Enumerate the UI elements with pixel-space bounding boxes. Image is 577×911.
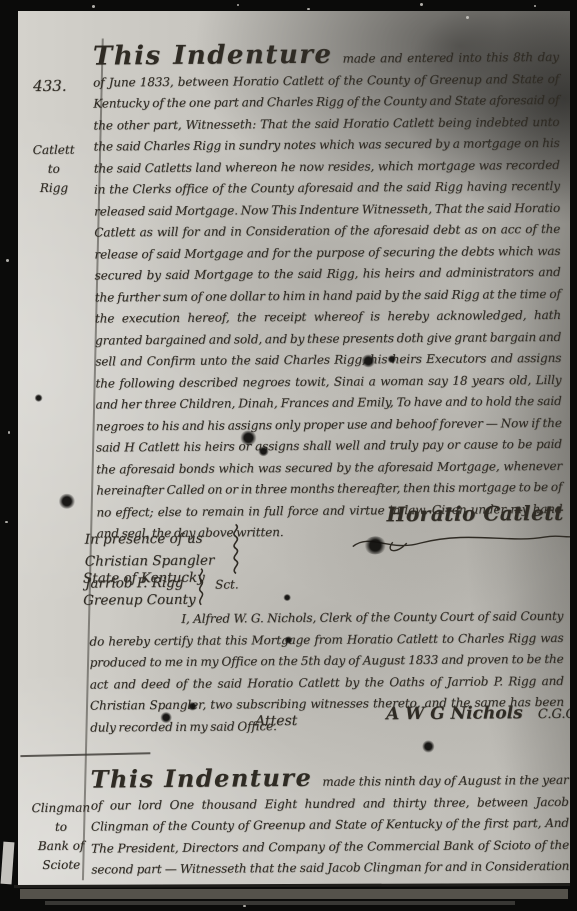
margin-note-clingman-to-bank: Clingman to Bank of Sciote — [21, 799, 102, 876]
book-edge-band — [20, 889, 568, 899]
clerk-title: C.G.C.C. — [538, 707, 570, 722]
margin-note-line: Rigg — [18, 179, 90, 199]
dust-speck — [534, 5, 536, 7]
jurat-abbrev: Sct. — [215, 577, 239, 591]
page-content: 433. Catlett to Rigg This Indenturemade … — [18, 11, 570, 886]
dust-speck — [307, 8, 310, 10]
indenture-2-paragraph: This Indenturemade this ninth day of Aug… — [91, 765, 570, 886]
indenture-1-heading: This Indenture — [93, 40, 333, 72]
signature-line: Horatio CatlettSeal — [386, 501, 570, 527]
witness-brace-squiggle-icon — [229, 523, 243, 577]
indenture-1-body-text: made and entered into this 8th day of Ju… — [93, 50, 562, 541]
margin-note-catlett-to-rigg: Catlett to Rigg — [18, 141, 90, 199]
ink-stain — [240, 430, 257, 445]
attest-label: Attest — [255, 713, 297, 729]
dust-speck — [8, 431, 10, 434]
margin-note-line: to — [21, 818, 101, 838]
dust-speck — [237, 4, 239, 6]
clerk-signature: A W G Nichols — [386, 703, 523, 724]
jurat-brace-squiggle-icon — [195, 568, 207, 608]
page-bottom-edge — [14, 883, 570, 888]
grantor-signature: Horatio Catlett — [386, 501, 563, 526]
page-corner-sliver — [1, 842, 15, 885]
jurat-state: State of Kentucky — [83, 567, 205, 590]
dust-speck — [466, 16, 469, 19]
book-edge-streak — [45, 901, 515, 905]
ink-stain — [422, 740, 434, 753]
ink-stain — [35, 394, 43, 402]
dust-speck — [6, 259, 9, 262]
witness-intro: In presence of us — [85, 528, 215, 551]
dust-speck — [5, 521, 8, 523]
deed-book-photograph: 433. Catlett to Rigg This Indenturemade … — [0, 0, 577, 911]
ink-stain — [387, 355, 396, 363]
dust-speck — [420, 3, 423, 6]
deed-book-page: 433. Catlett to Rigg This Indenturemade … — [18, 11, 570, 886]
ink-stain — [284, 636, 292, 644]
ink-stain — [258, 446, 269, 456]
margin-note-line: Sciote — [21, 856, 101, 876]
ink-stain — [160, 712, 172, 723]
jurat-block: State of Kentucky Greenup County — [83, 567, 205, 612]
margin-note-line: Clingman — [21, 799, 101, 819]
indenture-2-heading: This Indenture — [90, 763, 312, 794]
indenture-1-paragraph: This Indenturemade and entered into this… — [93, 43, 563, 545]
ink-stain — [361, 354, 375, 367]
margin-note-line: Catlett — [18, 141, 90, 161]
dust-speck — [92, 5, 95, 8]
margin-note-line: Bank of — [21, 837, 101, 857]
margin-note-line: to — [18, 160, 90, 180]
ink-stain — [58, 494, 75, 509]
ink-stain — [188, 702, 197, 711]
page-number: 433. — [33, 77, 67, 95]
dust-speck — [243, 905, 246, 907]
clerk-signature-line: A W G Nichols C.G.C.C. — [386, 703, 570, 725]
ink-stain — [364, 536, 387, 554]
ink-stain — [283, 594, 291, 601]
